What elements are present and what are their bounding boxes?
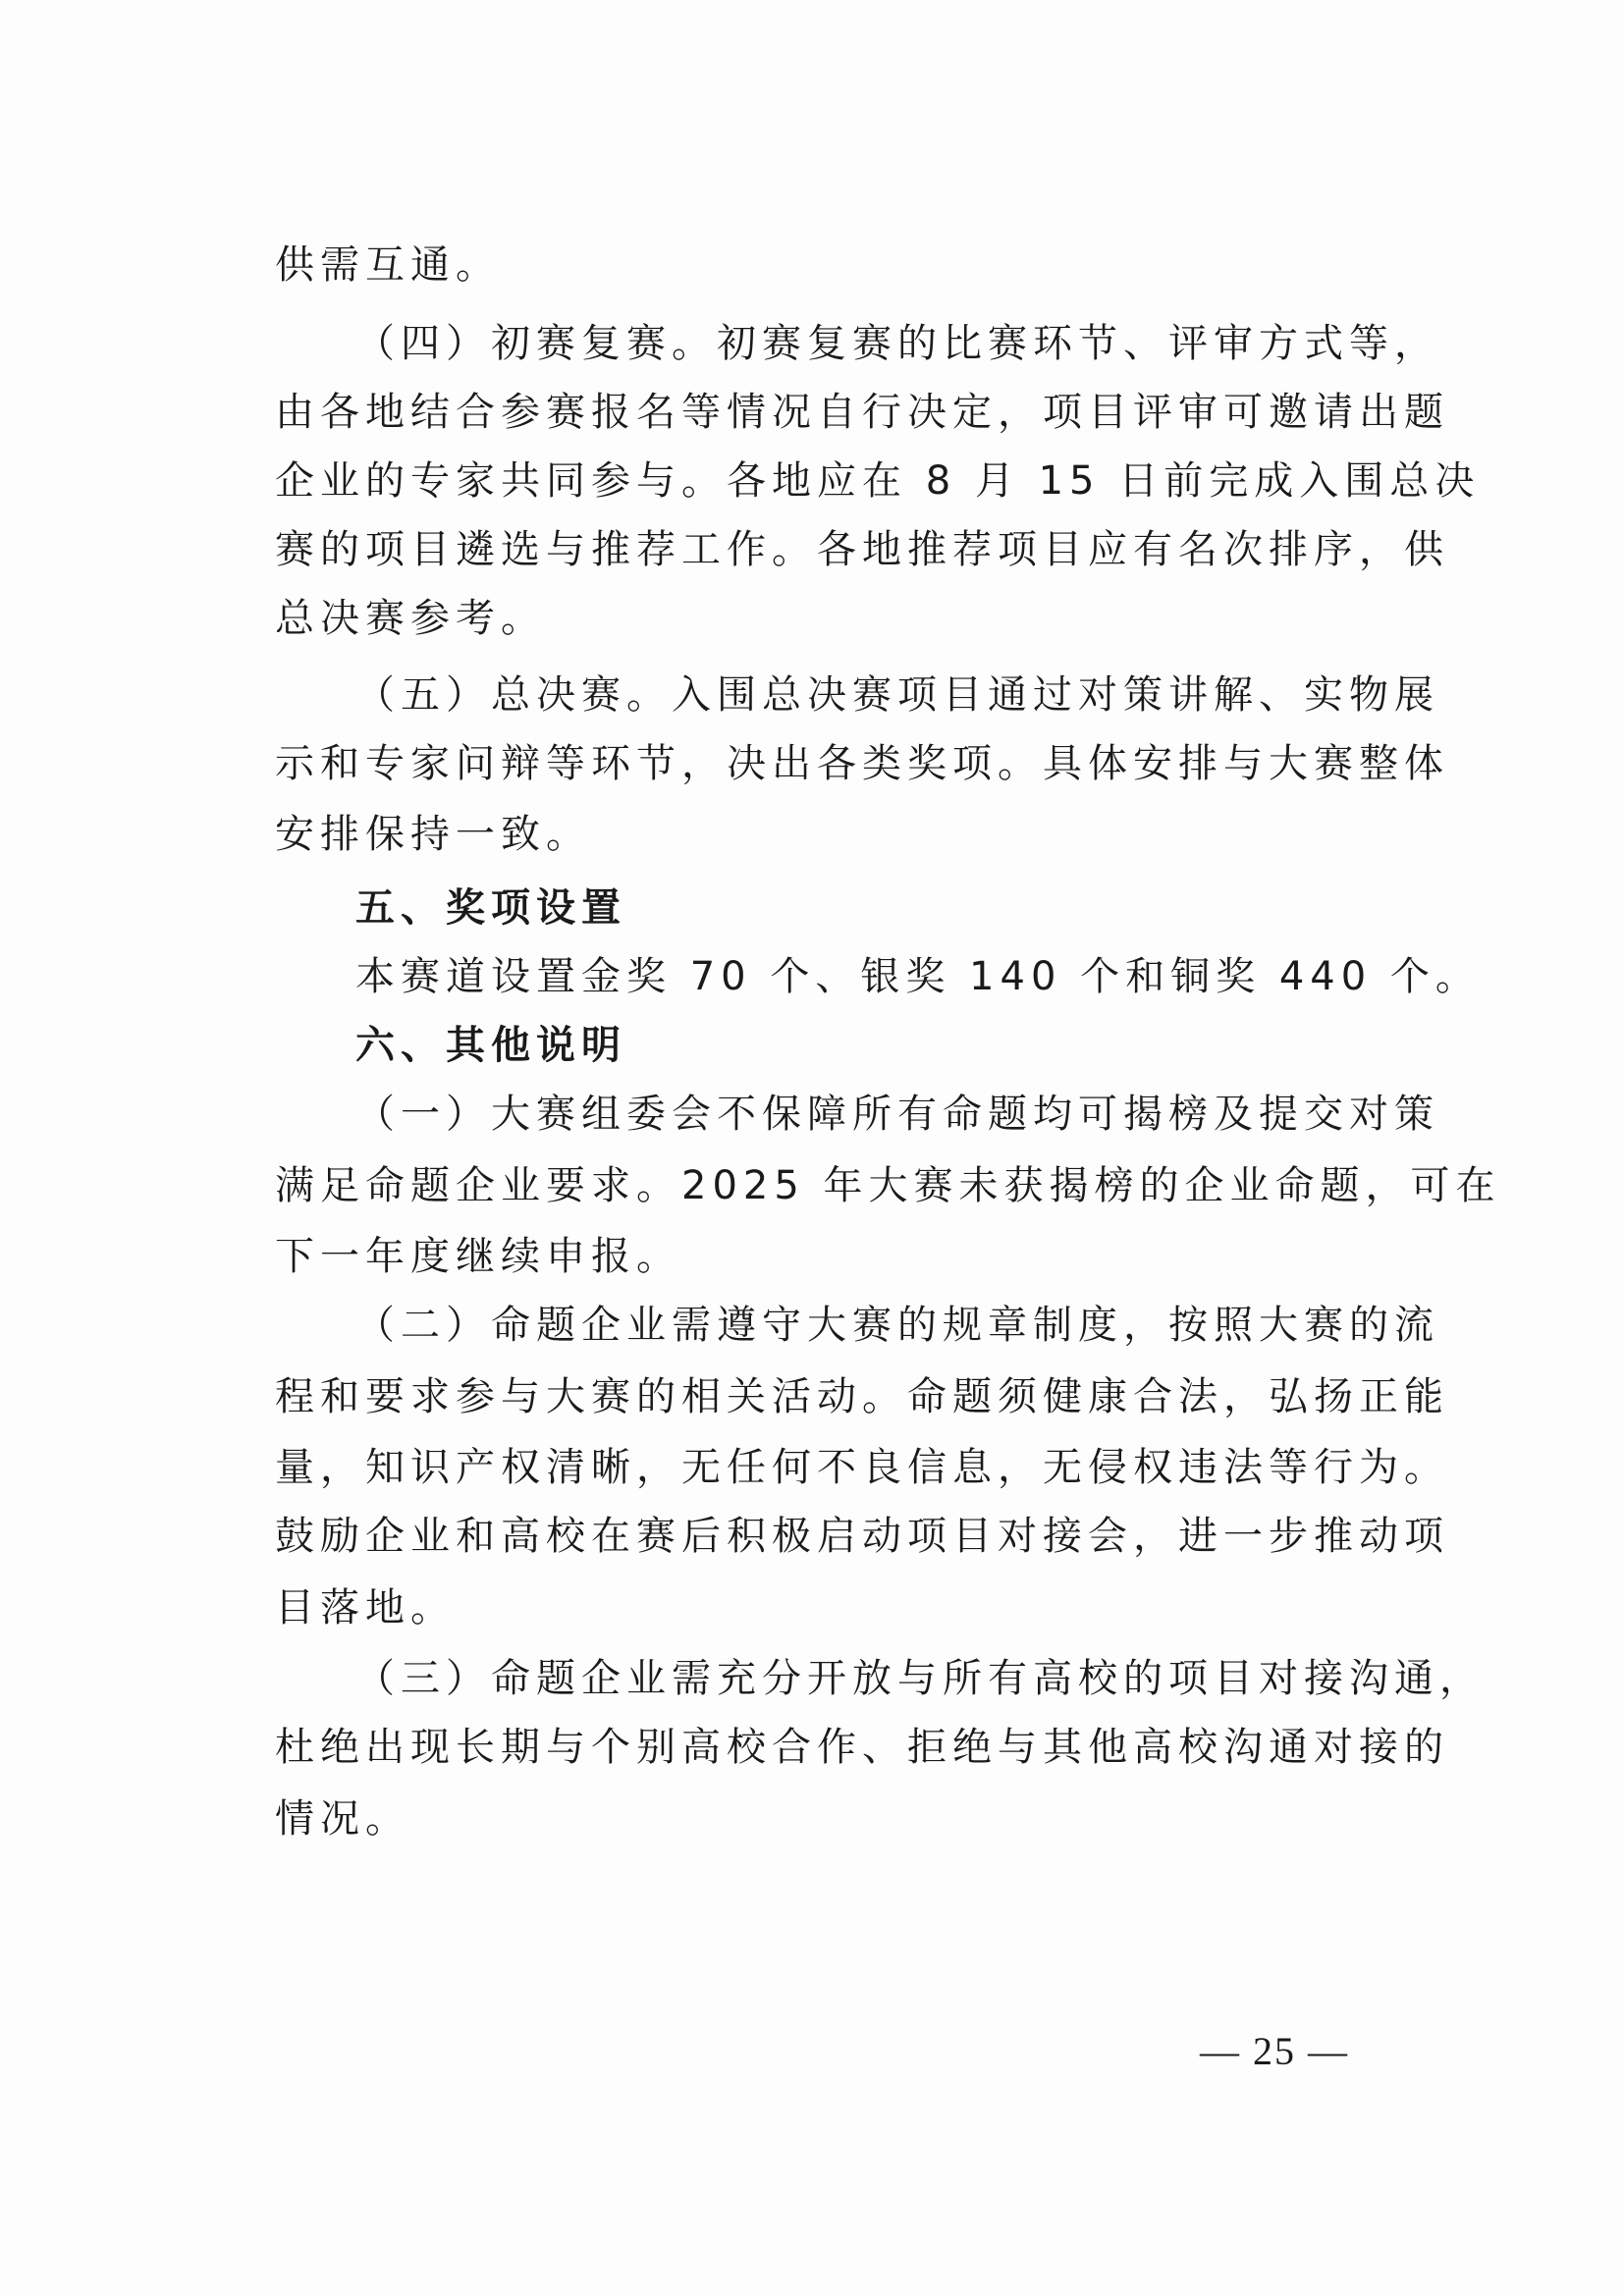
paragraph-line: （五）总决赛。入围总决赛项目通过对策讲解、实物展 [355,675,1439,715]
paragraph-line: （三）命题企业需充分开放与所有高校的项目对接沟通， [355,1659,1485,1698]
paragraph-line: （一）大赛组委会不保障所有命题均可揭榜及提交对策 [355,1095,1439,1134]
paragraph-line: 程和要求参与大赛的相关活动。命题须健康合法，弘扬正能 [275,1377,1449,1416]
section-heading-awards: 五、奖项设置 [355,888,626,928]
document-page: 供需互通。 （四）初赛复赛。初赛复赛的比赛环节、评审方式等， 由各地结合参赛报名… [0,0,1623,2296]
paragraph-line: 鼓励企业和高校在赛后积极启动项目对接会，进一步推动项 [275,1517,1449,1556]
paragraph-line: 情况。 [275,1799,410,1839]
paragraph-line: 杜绝出现长期与个别高校合作、拒绝与其他高校沟通对接的 [275,1728,1449,1767]
paragraph-line: （二）命题企业需遵守大赛的规章制度，按照大赛的流 [355,1306,1439,1345]
paragraph-line: 目落地。 [275,1588,456,1628]
paragraph-line: （四）初赛复赛。初赛复赛的比赛环节、评审方式等， [355,324,1439,363]
paragraph-line: 量，知识产权清晰，无任何不良信息，无侵权违法等行为。 [275,1448,1449,1487]
paragraph-line: 供需互通。 [275,245,501,285]
section-heading-other-notes: 六、其他说明 [355,1026,626,1065]
paragraph-line: 满足命题企业要求。2025 年大赛未获揭榜的企业命题，可在 [275,1166,1501,1205]
paragraph-line: 安排保持一致。 [275,815,591,854]
paragraph-line: 企业的专家共同参与。各地应在 8 月 15 日前完成入围总决 [275,461,1480,501]
paragraph-line: 下一年度继续申报。 [275,1237,681,1276]
paragraph-line: 本赛道设置金奖 70 个、银奖 140 个和铜奖 440 个。 [355,957,1481,996]
paragraph-line: 示和专家问辩等环节，决出各类奖项。具体安排与大赛整体 [275,744,1449,783]
paragraph-line: 赛的项目遴选与推荐工作。各地推荐项目应有名次排序，供 [275,530,1449,569]
paragraph-line: 总决赛参考。 [275,599,546,638]
page-number: — 25 — [1200,2028,1349,2074]
paragraph-line: 由各地结合参赛报名等情况自行决定，项目评审可邀请出题 [275,393,1449,432]
